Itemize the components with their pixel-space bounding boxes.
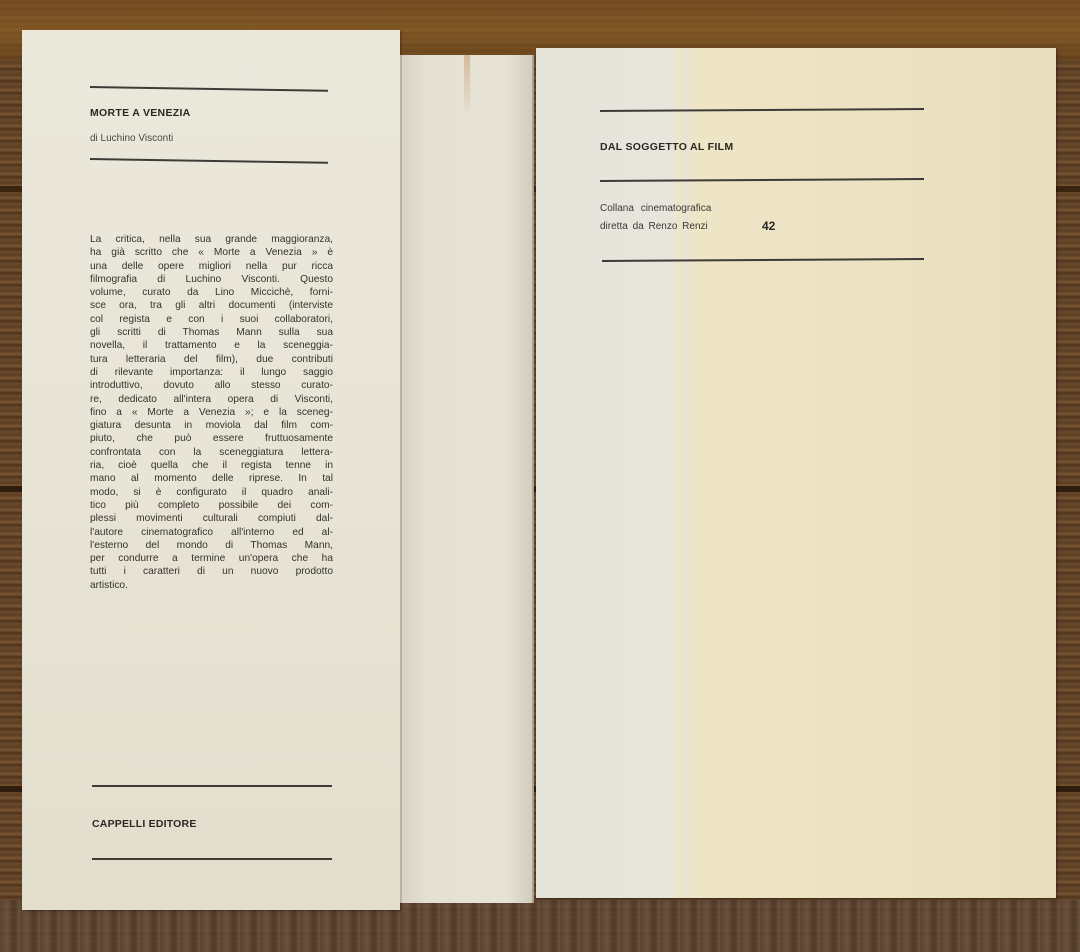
blurb-line: artistico.	[90, 579, 333, 592]
inner-flap-strip	[400, 55, 534, 903]
blurb-line: col regista e con i suoi collaboratori,	[90, 313, 333, 326]
paper-stain	[464, 55, 470, 115]
blurb-line: confrontata con la sceneggiatura lettera…	[90, 446, 333, 459]
blurb-line: ha già scritto che « Morte a Venezia » è	[90, 246, 333, 259]
series-editor: diretta da Renzo Renzi	[600, 221, 708, 232]
book-title: MORTE A VENEZIA	[90, 107, 191, 119]
blurb-line: tura letteraria del film), due contribut…	[90, 353, 333, 366]
blurb-line: plessi movimenti culturali compiuti dal-	[90, 512, 333, 525]
rule-above-publisher	[92, 785, 332, 787]
blurb-line: l'esterno del mondo di Thomas Mann,	[90, 539, 333, 552]
page-fold-edge	[684, 48, 694, 898]
series-subtitle: Collana cinematografica	[600, 203, 711, 214]
blurb-line: mano al momento delle riprese. In tal	[90, 472, 333, 485]
series-number: 42	[762, 219, 775, 233]
blurb-line: piuto, che può essere fruttuosamente	[90, 432, 333, 445]
blurb-line: ria, cioè quella che il regista tenne in	[90, 459, 333, 472]
blurb-line: sce ora, tra gli altri documenti (interv…	[90, 299, 333, 312]
blurb-line: introduttivo, dovuto allo stesso curato-	[90, 379, 333, 392]
blurb-line: La critica, nella sua grande maggioranza…	[90, 233, 333, 246]
series-title: DAL SOGGETTO AL FILM	[600, 141, 733, 153]
blurb-line: re, dedicato all'intera opera di Viscont…	[90, 393, 333, 406]
blurb-line: una delle opere migliori nella pur ricca	[90, 260, 333, 273]
blurb-line: filmografia di Luchino Visconti. Questo	[90, 273, 333, 286]
rule-below-publisher	[92, 858, 332, 860]
blurb-line: novella, il trattamento e la sceneggia-	[90, 339, 333, 352]
book-author: di Luchino Visconti	[90, 133, 173, 144]
blurb-line: tico più completo possibile dei com-	[90, 499, 333, 512]
blurb-text: La critica, nella sua grande maggioranza…	[90, 233, 333, 592]
front-title-page	[536, 48, 1056, 898]
blurb-line: tutti i caratteri di un nuovo prodotto	[90, 565, 333, 578]
blurb-line: di rilevante importanza: il lungo saggio	[90, 366, 333, 379]
blurb-line: l'autore cinematografico all'interno ed …	[90, 526, 333, 539]
blurb-line: per condurre a termine un'opera che ha	[90, 552, 333, 565]
blurb-line: volume, curato da Lino Miccichè, forni-	[90, 286, 333, 299]
blurb-line: modo, si è configurato il quadro anali-	[90, 486, 333, 499]
blurb-line: gli scritti di Thomas Mann sulla sua	[90, 326, 333, 339]
publisher-name: CAPPELLI EDITORE	[92, 818, 197, 830]
blurb-line: fino a « Morte a Venezia »; e la sceneg-	[90, 406, 333, 419]
blurb-line: giatura desunta in moviola dal film com-	[90, 419, 333, 432]
